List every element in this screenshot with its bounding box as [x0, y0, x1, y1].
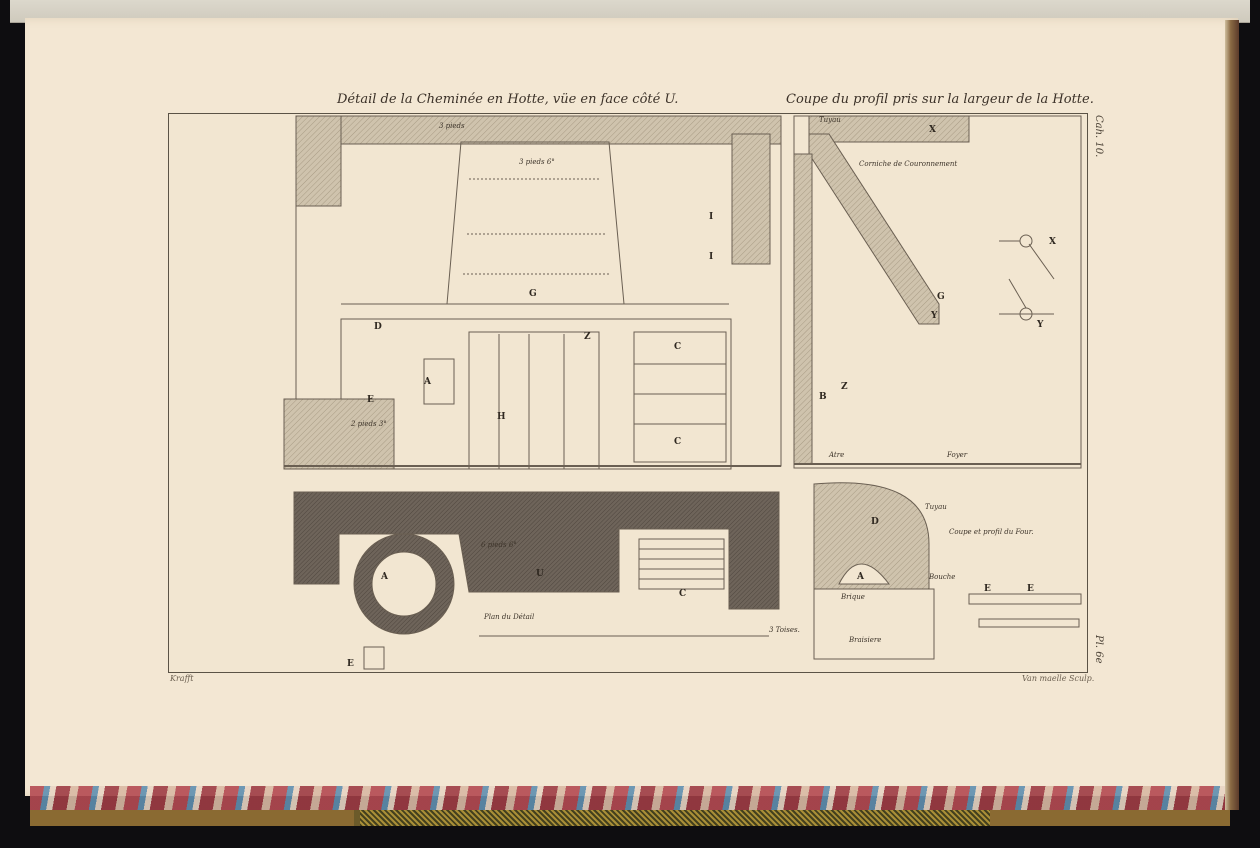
svg-text:E: E [347, 659, 354, 669]
svg-text:Y: Y [1036, 320, 1044, 330]
svg-text:D: D [871, 517, 879, 527]
marbled-cover-pattern [360, 810, 990, 826]
title-elevation: Détail de la Cheminée en Hotte, vüe en f… [337, 92, 678, 107]
page-fore-edge [1225, 20, 1239, 810]
svg-text:Tuyau: Tuyau [819, 116, 841, 124]
svg-text:G: G [529, 289, 537, 299]
margin-plate-number: Pl. 6e [1093, 635, 1104, 664]
title-profile: Coupe du profil pris sur la largeur de l… [786, 92, 1094, 107]
svg-text:X: X [1049, 237, 1056, 247]
svg-text:Z: Z [584, 332, 591, 342]
svg-text:U: U [536, 569, 544, 579]
svg-text:D: D [374, 322, 382, 332]
svg-text:Brique: Brique [840, 593, 865, 601]
svg-text:E: E [1027, 584, 1034, 594]
svg-text:C: C [679, 589, 686, 599]
svg-text:3 Toises.: 3 Toises. [769, 626, 800, 634]
margin-cahier-number: Cah. 10. [1093, 115, 1104, 157]
svg-text:A: A [380, 572, 389, 582]
svg-text:E: E [367, 395, 374, 405]
svg-text:Y: Y [930, 311, 938, 321]
svg-text:C: C [674, 437, 681, 447]
svg-text:Tuyau: Tuyau [925, 503, 947, 511]
svg-text:Coupe et profil du Four.: Coupe et profil du Four. [949, 528, 1034, 536]
svg-text:3 pieds 6°: 3 pieds 6° [519, 158, 555, 166]
credit-engraver: Van maelle Sculp. [1022, 674, 1094, 683]
svg-text:Foyer: Foyer [946, 451, 968, 459]
svg-text:Corniche de Couronnement: Corniche de Couronnement [859, 160, 957, 168]
svg-text:X: X [929, 125, 936, 135]
svg-text:Bouche: Bouche [928, 573, 955, 581]
svg-text:Z: Z [841, 382, 848, 392]
svg-text:G: G [937, 292, 945, 302]
svg-text:Braisiere: Braisiere [848, 636, 881, 644]
svg-text:Atre: Atre [828, 451, 844, 459]
svg-text:3 pieds: 3 pieds [439, 122, 465, 130]
svg-text:2 pieds 3°: 2 pieds 3° [350, 420, 387, 428]
svg-text:I: I [709, 252, 713, 262]
marbled-page-edge [30, 786, 1225, 812]
svg-text:I: I [709, 212, 713, 222]
svg-text:6 pieds 6°: 6 pieds 6° [481, 541, 517, 549]
svg-text:B: B [819, 392, 827, 402]
engraving-plate: 3 pieds 3 pieds 6° G D E A H Z C C I I 2… [168, 113, 1088, 673]
book-cover-edge [30, 810, 1230, 826]
svg-text:Plan du Détail: Plan du Détail [483, 613, 534, 621]
svg-text:A: A [856, 572, 865, 582]
credit-draughtsman: Krafft [170, 674, 193, 683]
engraving-drawing: 3 pieds 3 pieds 6° G D E A H Z C C I I 2… [169, 114, 1087, 672]
svg-text:C: C [674, 342, 681, 352]
svg-text:H: H [497, 412, 506, 422]
svg-text:A: A [423, 377, 432, 387]
svg-text:E: E [984, 584, 991, 594]
